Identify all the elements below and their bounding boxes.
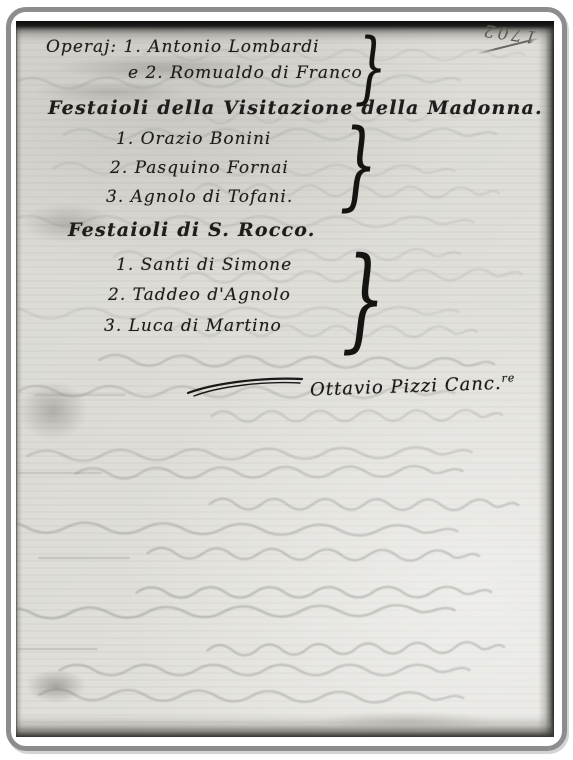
signature-name: Ottavio Pizzi [310, 375, 439, 400]
visitazione-member: 3. Agnolo di Tofani. [106, 187, 293, 207]
signature-title: Canc. [444, 373, 502, 396]
ink-smudge [18, 381, 88, 441]
heading-visitazione: Festaioli della Visitazione della Madonn… [48, 97, 543, 119]
san-rocco-member: 3. Luca di Martino [104, 316, 282, 336]
signature-line: Ottavio Pizzi Canc.re [184, 373, 515, 399]
ink-smudge [316, 711, 496, 731]
manuscript-scan: 1702 Operaj: 1. Antonio Lombardi e 2. Ro… [16, 21, 554, 737]
curly-brace-visitazione: } [340, 117, 378, 213]
visitazione-member: 2. Pasquino Fornai [110, 158, 289, 178]
ink-smudge [26, 669, 86, 703]
operai-line-1: Operaj: 1. Antonio Lombardi [46, 37, 320, 57]
san-rocco-member: 2. Taddeo d'Agnolo [108, 285, 291, 305]
signature-text: Ottavio Pizzi Canc.re [310, 371, 516, 400]
signature-flourish-stroke [184, 373, 304, 399]
folio-number: 1702 [480, 19, 538, 46]
san-rocco-member: 1. Santi di Simone [116, 255, 292, 275]
curly-brace-san-rocco: } [342, 243, 386, 355]
visitazione-member: 1. Orazio Bonini [116, 129, 271, 149]
signature-title-superscript: re [501, 371, 515, 384]
operai-line-2: e 2. Romualdo di Franco [128, 63, 363, 83]
heading-san-rocco: Festaioli di S. Rocco. [68, 219, 316, 241]
